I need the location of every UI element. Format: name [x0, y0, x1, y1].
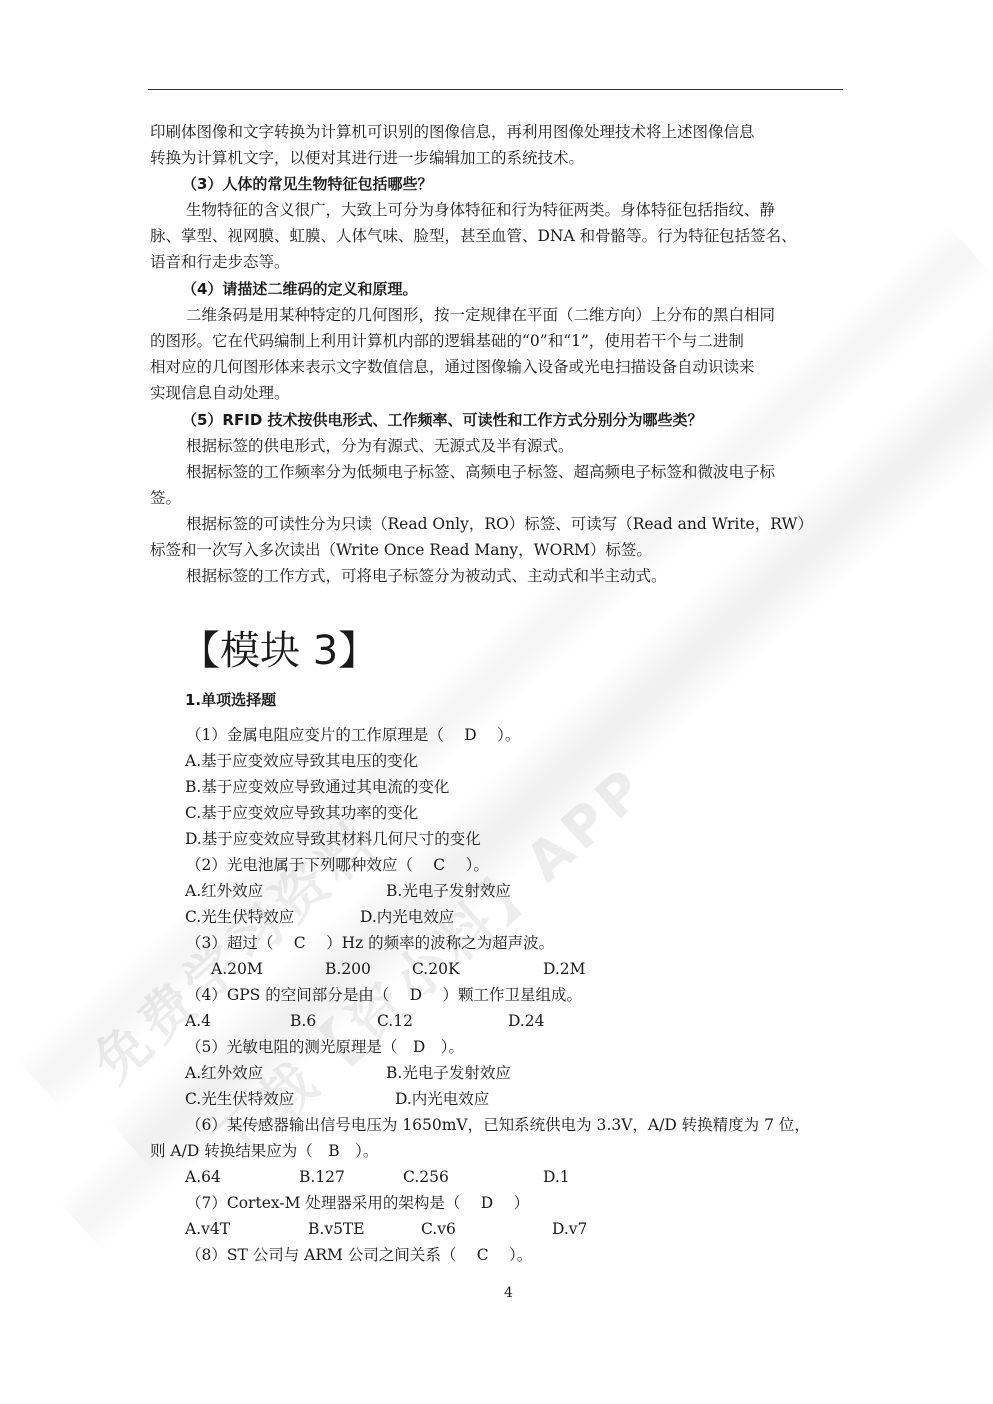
question-stem: （6）某传感器输出信号电压为 1650mV，已知系统供电为 3.3V，A/D 转…	[186, 1112, 810, 1138]
question-option: D.内光电效应	[395, 1086, 489, 1112]
question-option: D.1	[543, 1164, 570, 1190]
question-option: B.光电子发射效应	[386, 1060, 511, 1086]
question-stem: （2）光电池属于下列哪种效应（ C ）。	[186, 852, 489, 878]
question-option: B.200	[325, 956, 371, 982]
question-stem: （1）金属电阻应变片的工作原理是（ D ）。	[186, 722, 520, 748]
document-page: 免费学习资料 下载【资小料】APP 印刷体图像和文字转换为计算机可识别的图像信息…	[0, 0, 993, 1404]
question-stem: （7）Cortex-M 处理器采用的架构是（ D ）	[186, 1190, 529, 1216]
section-heading: 1.单项选择题	[185, 687, 276, 713]
paragraph-line: 的图形。它在代码编制上利用计算机内部的逻辑基础的“0”和“1”，使用若干个与二进…	[150, 328, 744, 354]
header-rule	[148, 89, 843, 90]
question-option: A.红外效应	[185, 1060, 263, 1086]
question-option: B.v5TE	[308, 1216, 365, 1242]
paragraph-line: 印刷体图像和文字转换为计算机可识别的图像信息，再利用图像处理技术将上述图像信息	[150, 119, 755, 145]
paragraph-line: 实现信息自动处理。	[150, 380, 290, 406]
paragraph-line: 根据标签的供电形式，分为有源式、无源式及半有源式。	[186, 433, 574, 459]
paragraph-line: 语音和行走步态等。	[150, 249, 290, 275]
page-number: 4	[504, 1285, 513, 1301]
question-heading: （3）人体的常见生物特征包括哪些？	[182, 171, 432, 197]
question-option: A.64	[185, 1164, 221, 1190]
question-option: C.12	[377, 1008, 413, 1034]
question-option: A.20M	[211, 956, 263, 982]
question-stem: （4）GPS 的空间部分是由（ D ）颗工作卫星组成。	[186, 982, 582, 1008]
paragraph-line: 相对应的几何图形体来表示文字数值信息，通过图像输入设备或光电扫描设备自动识读来	[150, 354, 755, 380]
question-option: C.v6	[421, 1216, 456, 1242]
question-option: A.4	[185, 1008, 211, 1034]
question-option: D.v7	[552, 1216, 587, 1242]
paragraph-line: 根据标签的可读性分为只读（Read Only，RO）标签、可读写（Read an…	[186, 511, 813, 537]
question-option: A.v4T	[185, 1216, 230, 1242]
paragraph-line: 根据标签的工作方式，可将电子标签分为被动式、主动式和半主动式。	[186, 563, 667, 589]
question-option: B.光电子发射效应	[386, 878, 511, 904]
question-option: A.基于应变效应导致其电压的变化	[185, 748, 418, 774]
question-option: D.内光电效应	[360, 904, 454, 930]
paragraph-line: 根据标签的工作频率分为低频电子标签、高频电子标签、超高频电子标签和微波电子标	[186, 459, 775, 485]
question-option: C.基于应变效应导致其功率的变化	[185, 800, 418, 826]
question-option: D.基于应变效应导致其材料几何尺寸的变化	[185, 826, 481, 852]
question-stem: （8）ST 公司与 ARM 公司之间关系（ C ）。	[186, 1242, 532, 1268]
question-stem: （5）光敏电阻的测光原理是（ D ）。	[186, 1034, 464, 1060]
question-option: C.光生伏特效应	[185, 1086, 294, 1112]
question-heading: （5）RFID 技术按供电形式、工作频率、可读性和工作方式分别分为哪些类？	[182, 407, 703, 433]
question-option: A.红外效应	[185, 878, 263, 904]
question-option: C.光生伏特效应	[185, 904, 294, 930]
question-option: D.24	[508, 1008, 545, 1034]
question-stem: （3）超过（ C ）Hz 的频率的波称之为超声波。	[186, 930, 554, 956]
question-option: C.256	[403, 1164, 449, 1190]
question-option: B.基于应变效应导致通过其电流的变化	[185, 774, 449, 800]
paragraph-line: 生物特征的含义很广，大致上可分为身体特征和行为特征两类。身体特征包括指纹、静	[186, 197, 775, 223]
paragraph-line: 签。	[150, 485, 181, 511]
paragraph-line: 转换为计算机文字，以便对其进行进一步编辑加工的系统技术。	[150, 145, 584, 171]
question-option: D.2M	[543, 956, 586, 982]
paragraph-line: 脉、掌型、视网膜、虹膜、人体气味、脸型，甚至血管、DNA 和骨骼等。行为特征包括…	[150, 223, 797, 249]
question-option: C.20K	[412, 956, 460, 982]
question-option: B.6	[290, 1008, 316, 1034]
paragraph-line: 二维条码是用某种特定的几何图形，按一定规律在平面（二维方向）上分布的黑白相同	[186, 302, 775, 328]
paragraph-line: 标签和一次写入多次读出（Write Once Read Many，WORM）标签…	[150, 537, 652, 563]
module-title: 【模块 3】	[180, 625, 378, 677]
question-option: B.127	[299, 1164, 345, 1190]
question-heading: （4）请描述二维码的定义和原理。	[182, 276, 417, 302]
question-stem-continuation: 则 A/D 转换结果应为（ B ）。	[150, 1138, 378, 1164]
